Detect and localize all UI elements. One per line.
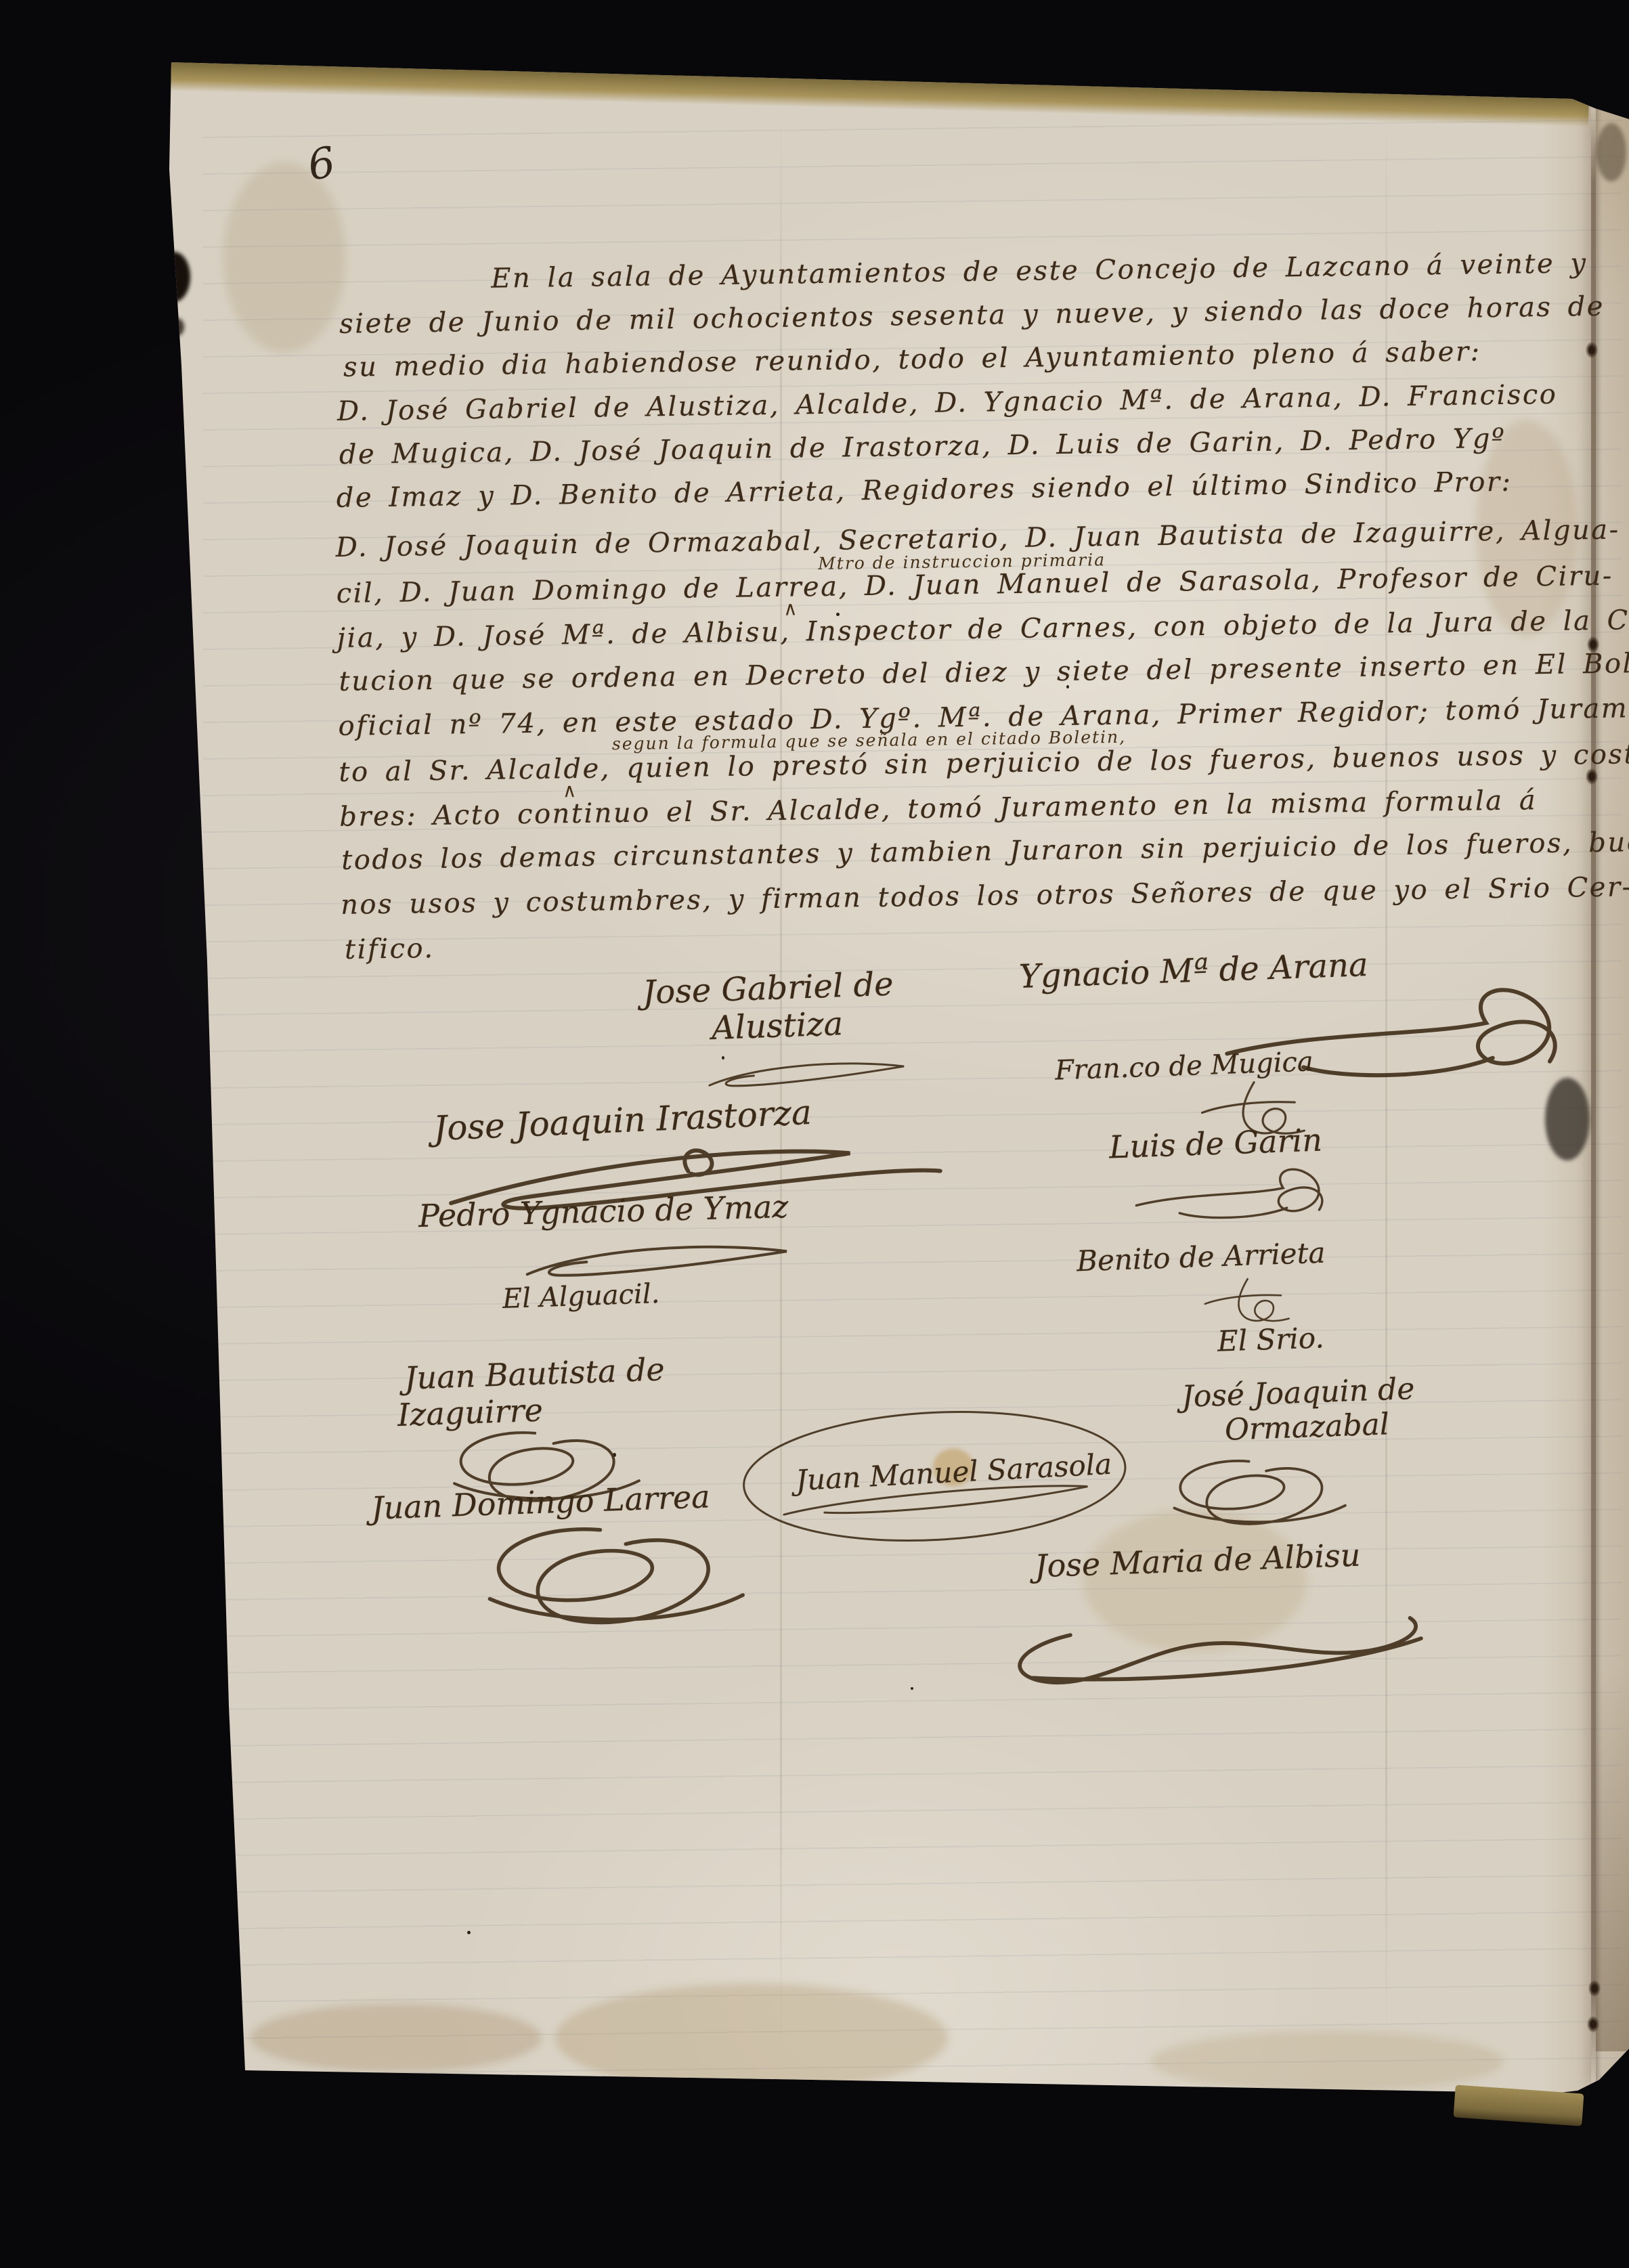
manuscript-line: jia, y D. José Mª. de Albisu, Inspector …: [336, 604, 1629, 654]
manuscript-line: tucion que se ordena en Decreto del diez…: [339, 647, 1629, 697]
manuscript-line: bres: Acto continuo el Sr. Alcalde, tomó…: [339, 785, 1537, 833]
binding-stitch: [1588, 1980, 1601, 1997]
binding-stitch: [1587, 2016, 1599, 2032]
ink-speck: [722, 1056, 724, 1060]
signature-juan-bautista-de-izaguirre: Juan Bautista de Izaguirre: [404, 1351, 666, 1433]
manuscript-line: de Mugica, D. José Joaquin de Irastorza,…: [339, 423, 1506, 471]
manuscript-line: de Imaz y D. Benito de Arrieta, Regidore…: [336, 466, 1512, 514]
manuscript-line: siete de Junio de mil ochocientos sesent…: [339, 291, 1605, 340]
signature-luis-de-garin: Luis de Garin: [1108, 1122, 1323, 1166]
signature-jose-gabriel-de-alustiza: Jose Gabriel de Alustiza: [642, 965, 895, 1050]
caret-mark: ∧: [563, 779, 577, 802]
ink-speck: [467, 1931, 471, 1934]
ink-blot-left-edge: [179, 979, 192, 999]
photo-black-background: 6 En la sala de Ayuntamientos de este Co…: [0, 0, 1629, 2268]
manuscript-line: D. José Gabriel de Alustiza, Alcalde, D.…: [337, 379, 1558, 427]
caret-mark: ∧: [783, 597, 798, 619]
ink-speck: [911, 1687, 913, 1690]
burn-mark-left-edge: [171, 318, 184, 336]
manuscript-text-block: En la sala de Ayuntamientos de este Conc…: [332, 248, 1615, 1010]
charcoal-smudge-right-edge: [1545, 1078, 1590, 1160]
manuscript-page: 6 En la sala de Ayuntamientos de este Co…: [0, 0, 1629, 2268]
burn-mark-left-edge: [158, 252, 190, 302]
signature-el-secretario: El Srio.: [1217, 1321, 1324, 1357]
interline-insertion: Mtro de instruccion primaria: [818, 550, 1106, 573]
ink-speck: [613, 1453, 616, 1457]
signature-el-alguacil: El Alguacil.: [502, 1278, 660, 1315]
manuscript-line: su medio dia habiendose reunido, todo el…: [343, 336, 1481, 383]
manuscript-line: tifico.: [345, 933, 435, 965]
signature-jose-joaquin-de-ormazabal: José Joaquin de Ormazabal: [1181, 1372, 1416, 1449]
manuscript-line: nos usos y costumbres, y firman todos lo…: [341, 871, 1629, 921]
manuscript-line: todos los demas circunstantes y tambien …: [341, 827, 1629, 876]
